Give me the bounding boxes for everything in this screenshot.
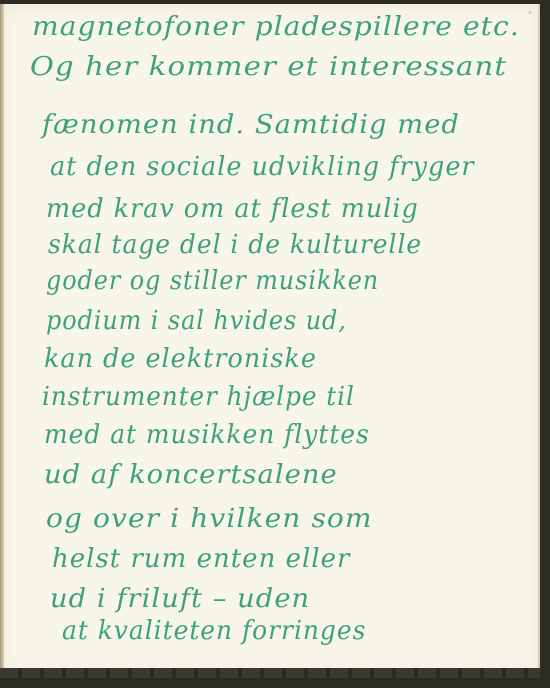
notebook-page: ᵛ magnetofoner pladespillere etc. Og her… — [0, 4, 540, 678]
handwritten-line: skal tage del i de kulturelle — [48, 230, 422, 260]
handwritten-line: magnetofoner pladespillere etc. — [32, 12, 520, 42]
handwritten-line: at den sociale udvikling fryger — [50, 152, 475, 182]
handwritten-line: kan de elektroniske — [44, 344, 317, 374]
handwritten-line: goder og stiller musikken — [46, 266, 379, 296]
handwritten-line: med krav om at flest mulig — [46, 194, 419, 224]
handwritten-line: ud i friluft – uden — [50, 584, 310, 614]
handwritten-line: Og her kommer et interessant — [30, 52, 507, 82]
handwritten-line: instrumenter hjælpe til — [42, 382, 355, 412]
page-right-edge — [538, 4, 540, 678]
scan-bottom-edge — [0, 668, 540, 678]
handwritten-line: ud af koncertsalene — [44, 460, 338, 490]
corner-mark: ᵛ — [529, 10, 532, 20]
page-left-edge — [0, 4, 4, 678]
handwritten-line: fænomen ind. Samtidig med — [42, 110, 460, 140]
handwritten-line: og over i hvilken som — [46, 504, 373, 534]
handwritten-line: helst rum enten eller — [52, 544, 350, 574]
handwritten-line: at kvaliteten forringes — [62, 616, 366, 646]
handwritten-line: med at musikken flyttes — [44, 420, 370, 450]
handwritten-line: podium i sal hvides ud, — [46, 306, 347, 336]
